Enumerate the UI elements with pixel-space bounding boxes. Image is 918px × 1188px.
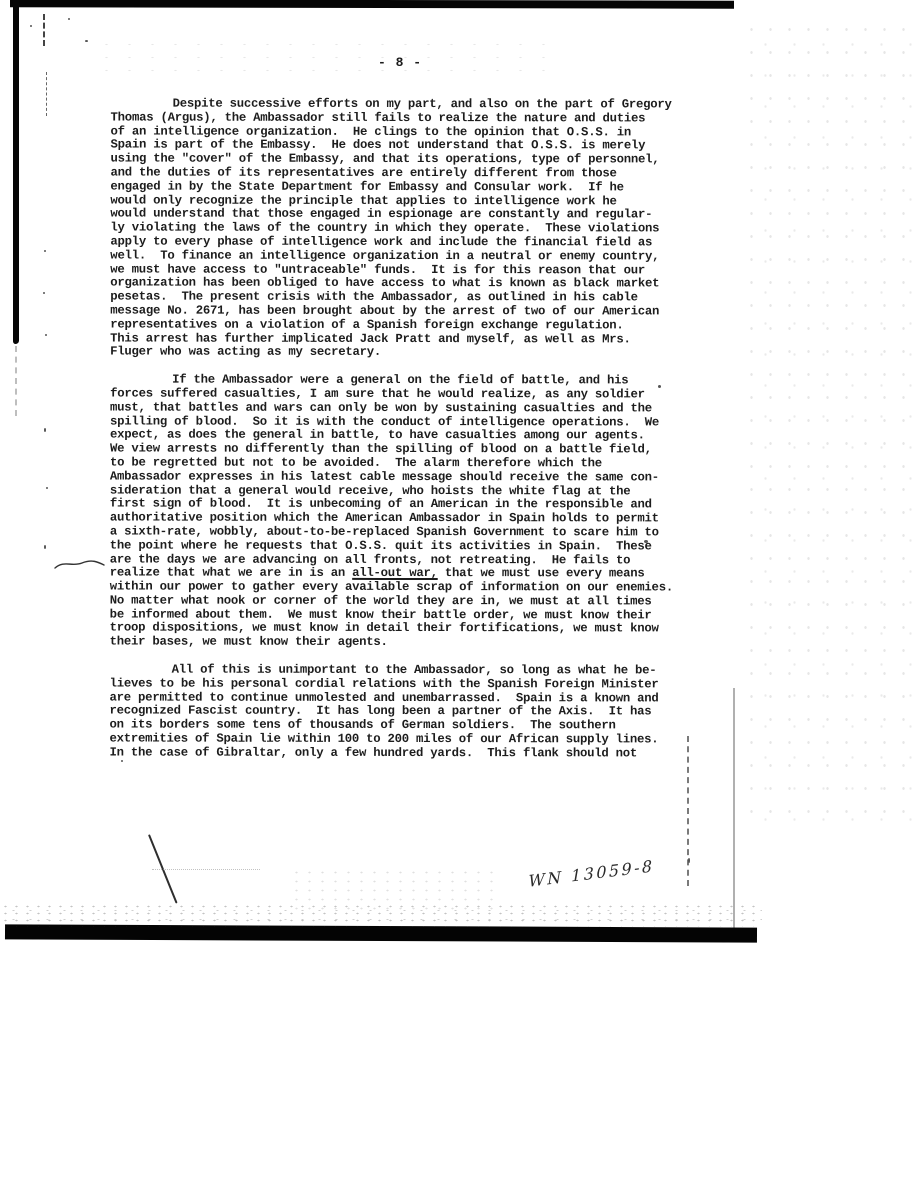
document-body: Despite successive efforts on my part, a… [109,97,710,775]
paragraph: If the Ambassador were a general on the … [110,374,710,651]
scan-top-left-dash-mark-2 [46,72,47,116]
scan-speck [44,250,46,252]
scan-speck [85,40,88,42]
underlined-phrase: all-out war, [352,566,438,580]
handwritten-reference-number: WN 13059-8 [528,856,654,891]
scan-top-left-dash-mark [43,14,45,46]
scan-edge-left-bar [13,0,19,344]
scan-edge-top-bar [10,0,734,9]
text-line: Fluger who was acting as my secretary. [110,346,710,361]
pen-dotted-trail [152,869,260,870]
scanned-document-page: - 8 - Despite successive efforts on my p… [0,0,918,1188]
scan-speck [44,545,46,549]
scan-edge-left-bar-tail [15,346,17,416]
paragraph: All of this is unimportant to the Ambass… [109,664,709,762]
text-line: their bases, we must know their agents. [110,636,710,651]
scan-speck [44,428,46,432]
scan-speck [45,334,47,336]
scan-edge-bottom-band [5,924,757,942]
scan-noise-above-band [290,868,500,912]
scan-page-right-edge-line [733,688,735,942]
scan-speck [688,858,690,863]
scan-speck [30,25,32,27]
scan-speck [43,292,45,294]
paragraph: Despite successive efforts on my part, a… [110,97,710,360]
page-number: - 8 - [110,55,690,70]
scan-speck [68,18,70,20]
scan-noise-bottom [0,903,762,927]
scan-speck [46,487,48,489]
pen-squiggle-mark [54,558,106,572]
text-line: In the case of Gibraltar, only a few hun… [109,746,709,761]
scan-noise-right-margin [742,18,912,828]
